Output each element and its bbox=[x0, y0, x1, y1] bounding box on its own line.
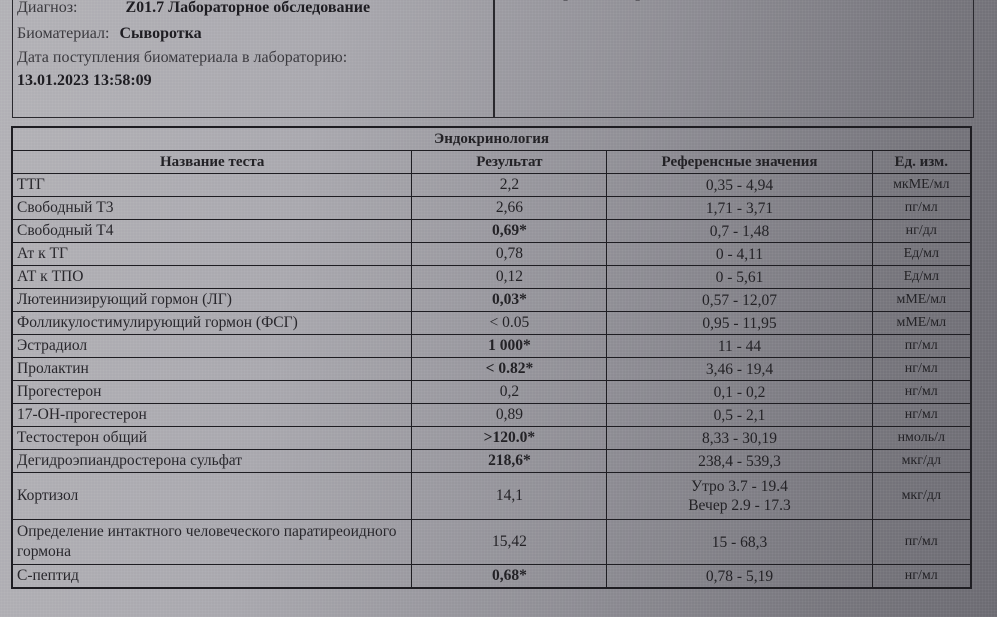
unit-cell: мкг/дл bbox=[872, 450, 971, 473]
reference-cell: Утро 3.7 - 19.4Вечер 2.9 - 17.3 bbox=[607, 473, 872, 520]
diagnosis-value: Z01.7 Лабораторное обследование bbox=[125, 0, 370, 16]
result-cell-flagged: 0,68* bbox=[412, 565, 607, 589]
header-reference: Референсные значения bbox=[607, 151, 872, 174]
patient-info-panel: Дата рождения: 10.01.2000 Диагноз: Z01.7… bbox=[12, 0, 495, 118]
test-name-cell: Определение интактного человеческого пар… bbox=[12, 520, 412, 565]
test-name-cell: Свободный Т3 bbox=[12, 197, 412, 220]
table-row: АТ к ТПО0,120 - 5,61Ед/мл bbox=[12, 266, 971, 289]
reference-range: 1,71 - 3,71 bbox=[611, 199, 867, 218]
diagnosis-line: Диагноз: Z01.7 Лабораторное обследование bbox=[17, 0, 370, 17]
reference-cell: 3,46 - 19,4 bbox=[607, 358, 872, 381]
test-name-cell: АТ к ТПО bbox=[12, 266, 412, 289]
test-name-cell: Фолликулостимулирующий гормон (ФСГ) bbox=[12, 312, 412, 335]
reference-range: 15 - 68,3 bbox=[611, 533, 867, 552]
reference-range: 0,35 - 4,94 bbox=[611, 176, 867, 195]
test-name-cell: Прогестерон bbox=[12, 381, 412, 404]
test-name-cell: С-пептид bbox=[12, 565, 412, 589]
table-row: Эстрадиол1 000*11 - 44пг/мл bbox=[12, 335, 971, 358]
reference-cell: 1,71 - 3,71 bbox=[607, 197, 872, 220]
result-cell: 0,78 bbox=[412, 243, 607, 266]
unit-cell: пг/мл bbox=[872, 335, 971, 358]
result-cell: 0,12 bbox=[412, 266, 607, 289]
unit-cell: нг/мл bbox=[872, 358, 971, 381]
unit-cell: пг/мл bbox=[872, 197, 971, 220]
result-cell-flagged: < 0.82* bbox=[412, 358, 607, 381]
reference-cell: 0,95 - 11,95 bbox=[607, 312, 872, 335]
unit-cell: нг/мл bbox=[872, 565, 971, 589]
table-row: Тестостерон общий>120.0*8,33 - 30,19нмол… bbox=[12, 427, 971, 450]
result-cell-flagged: 0,69* bbox=[412, 220, 607, 243]
result-cell: 15,42 bbox=[412, 520, 607, 565]
reference-range: 0,95 - 11,95 bbox=[611, 314, 867, 333]
test-name-cell: Ат к ТГ bbox=[12, 243, 412, 266]
diagnosis-label: Диагноз: bbox=[17, 0, 77, 16]
reference-range: 0,1 - 0,2 bbox=[611, 383, 867, 402]
section-title: Эндокринология bbox=[12, 127, 971, 151]
reference-range: 0,7 - 1,48 bbox=[611, 222, 867, 241]
reference-range: Утро 3.7 - 19.4 bbox=[611, 477, 867, 496]
result-cell-flagged: 1 000* bbox=[412, 335, 607, 358]
reference-cell: 0,35 - 4,94 bbox=[607, 174, 872, 197]
reference-cell: 0,5 - 2,1 bbox=[607, 404, 872, 427]
unit-cell: нмоль/л bbox=[872, 427, 971, 450]
reference-cell: 238,4 - 539,3 bbox=[607, 450, 872, 473]
unit-cell: мкМЕ/мл bbox=[872, 174, 971, 197]
biomaterial-label: Биоматериал: bbox=[17, 25, 109, 42]
table-row: 17-ОН-прогестерон0,890,5 - 2,1нг/мл bbox=[12, 404, 971, 427]
header-result: Результат bbox=[412, 151, 607, 174]
result-cell: < 0.05 bbox=[412, 312, 607, 335]
received-value: 13.01.2023 13:58:09 bbox=[17, 72, 152, 90]
reference-cell: 0,57 - 12,07 bbox=[607, 289, 872, 312]
table-row: Прогестерон0,20,1 - 0,2нг/мл bbox=[12, 381, 971, 404]
reference-cell: 8,33 - 30,19 bbox=[607, 427, 872, 450]
table-row: Кортизол14,1Утро 3.7 - 19.4Вечер 2.9 - 1… bbox=[12, 473, 971, 520]
doctor-info-cut-text: Ф.И.О. врача: Направитель bbox=[500, 0, 703, 2]
reference-range: Вечер 2.9 - 17.3 bbox=[611, 496, 867, 515]
unit-cell: нг/дл bbox=[872, 220, 971, 243]
test-name-cell: ТТГ bbox=[12, 174, 412, 197]
reference-cell: 0 - 4,11 bbox=[607, 243, 872, 266]
received-label: Дата поступления биоматериала в лаборато… bbox=[17, 49, 347, 67]
biomaterial-value: Сыворотка bbox=[119, 25, 201, 42]
endocrinology-results-table: Эндокринология Название теста Результат … bbox=[11, 126, 972, 589]
reference-cell: 15 - 68,3 bbox=[607, 520, 872, 565]
unit-cell: мМЕ/мл bbox=[872, 312, 971, 335]
result-cell: 0,2 bbox=[412, 381, 607, 404]
table-row: Лютеинизирующий гормон (ЛГ)0,03*0,57 - 1… bbox=[12, 289, 971, 312]
table-row: Свободный Т32,661,71 - 3,71пг/мл bbox=[12, 197, 971, 220]
reference-cell: 11 - 44 bbox=[607, 335, 872, 358]
reference-range: 0,5 - 2,1 bbox=[611, 406, 867, 425]
reference-range: 0 - 4,11 bbox=[611, 245, 867, 264]
result-cell-flagged: 218,6* bbox=[412, 450, 607, 473]
reference-range: 0 - 5,61 bbox=[611, 268, 867, 287]
table-row: Пролактин< 0.82*3,46 - 19,4нг/мл bbox=[12, 358, 971, 381]
test-name-cell: 17-ОН-прогестерон bbox=[12, 404, 412, 427]
result-cell: 14,1 bbox=[412, 473, 607, 520]
unit-cell: Ед/мл bbox=[872, 266, 971, 289]
table-row: Дегидроэпиандростерона сульфат218,6*238,… bbox=[12, 450, 971, 473]
doctor-info-panel: Ф.И.О. врача: Направитель bbox=[493, 0, 974, 118]
test-name-cell: Лютеинизирующий гормон (ЛГ) bbox=[12, 289, 412, 312]
unit-cell: мкг/дл bbox=[872, 473, 971, 520]
table-row: Свободный Т40,69*0,7 - 1,48нг/дл bbox=[12, 220, 971, 243]
table-row: Определение интактного человеческого пар… bbox=[12, 520, 971, 565]
reference-range: 3,46 - 19,4 bbox=[611, 360, 867, 379]
header-unit: Ед. изм. bbox=[872, 151, 971, 174]
test-name-cell: Тестостерон общий bbox=[12, 427, 412, 450]
reference-cell: 0,78 - 5,19 bbox=[607, 565, 872, 589]
reference-cell: 0 - 5,61 bbox=[607, 266, 872, 289]
test-name-cell: Дегидроэпиандростерона сульфат bbox=[12, 450, 412, 473]
table-header-row: Название теста Результат Референсные зна… bbox=[12, 151, 971, 174]
table-row: ТТГ2,20,35 - 4,94мкМЕ/мл bbox=[12, 174, 971, 197]
reference-cell: 0,1 - 0,2 bbox=[607, 381, 872, 404]
header-test-name: Название теста bbox=[12, 151, 412, 174]
table-row: С-пептид0,68*0,78 - 5,19нг/мл bbox=[12, 565, 971, 589]
result-cell: 0,89 bbox=[412, 404, 607, 427]
result-cell: 2,2 bbox=[412, 174, 607, 197]
unit-cell: нг/мл bbox=[872, 404, 971, 427]
reference-range: 0,78 - 5,19 bbox=[611, 567, 867, 586]
table-row: Фолликулостимулирующий гормон (ФСГ)< 0.0… bbox=[12, 312, 971, 335]
test-name-cell: Пролактин bbox=[12, 358, 412, 381]
reference-range: 238,4 - 539,3 bbox=[611, 452, 867, 471]
unit-cell: Ед/мл bbox=[872, 243, 971, 266]
test-name-cell: Эстрадиол bbox=[12, 335, 412, 358]
result-cell-flagged: >120.0* bbox=[412, 427, 607, 450]
unit-cell: нг/мл bbox=[872, 381, 971, 404]
table-row: Ат к ТГ0,780 - 4,11Ед/мл bbox=[12, 243, 971, 266]
result-cell-flagged: 0,03* bbox=[412, 289, 607, 312]
reference-range: 11 - 44 bbox=[611, 337, 867, 356]
unit-cell: мМЕ/мл bbox=[872, 289, 971, 312]
reference-range: 0,57 - 12,07 bbox=[611, 291, 867, 310]
reference-range: 8,33 - 30,19 bbox=[611, 429, 867, 448]
table-body: ТТГ2,20,35 - 4,94мкМЕ/млСвободный Т32,66… bbox=[12, 174, 971, 589]
test-name-cell: Свободный Т4 bbox=[12, 220, 412, 243]
result-cell: 2,66 bbox=[412, 197, 607, 220]
test-name-cell: Кортизол bbox=[12, 473, 412, 520]
unit-cell: пг/мл bbox=[872, 520, 971, 565]
biomaterial-line: Биоматериал: Сыворотка bbox=[17, 25, 202, 43]
reference-cell: 0,7 - 1,48 bbox=[607, 220, 872, 243]
